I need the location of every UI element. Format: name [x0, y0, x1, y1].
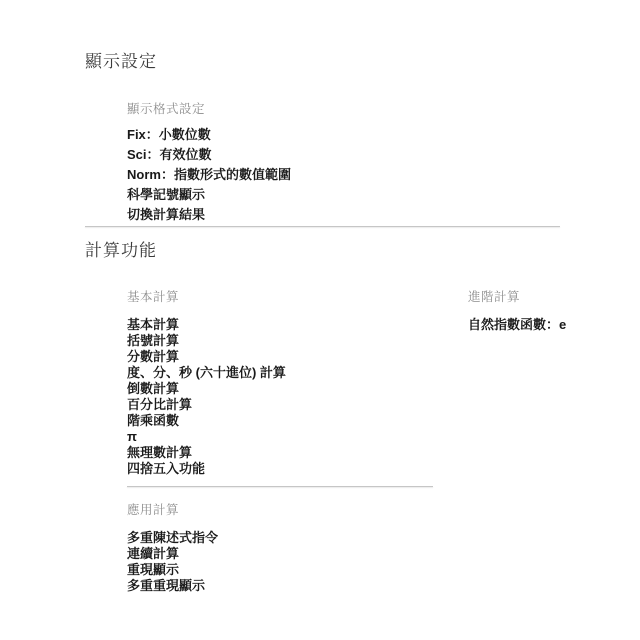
- feature-item: 百分比計算: [127, 397, 433, 413]
- feature-item: 科學記號顯示: [127, 185, 640, 205]
- feature-item: 倒數計算: [127, 381, 433, 397]
- column-basic-applied: 基本計算 基本計算 括號計算 分數計算 度、分、秒 (六十進位) 計算 倒數計算…: [127, 260, 433, 594]
- group-label-display-format: 顯示格式設定: [127, 103, 640, 116]
- feature-item: 自然指數函數：e: [468, 317, 566, 333]
- basic-calculation-list: 基本計算 括號計算 分數計算 度、分、秒 (六十進位) 計算 倒數計算 百分比計…: [127, 317, 433, 477]
- feature-item: 無理數計算: [127, 445, 433, 461]
- feature-item: 基本計算: [127, 317, 433, 333]
- feature-item: 多重重現顯示: [127, 578, 433, 594]
- section-title-calculation-functions: 計算功能: [85, 242, 640, 260]
- feature-item: 分數計算: [127, 349, 433, 365]
- feature-item: 連續計算: [127, 546, 433, 562]
- feature-item: 重現顯示: [127, 562, 433, 578]
- calculation-columns: 基本計算 基本計算 括號計算 分數計算 度、分、秒 (六十進位) 計算 倒數計算…: [127, 260, 640, 594]
- group-label-basic-calculation: 基本計算: [127, 291, 433, 304]
- section-title-display-settings: 顯示設定: [85, 0, 640, 71]
- feature-item: π: [127, 429, 433, 445]
- group-label-applied-calculation: 應用計算: [127, 504, 433, 517]
- manual-page: 顯示設定 顯示格式設定 Fix：小數位數 Sci：有效位數 Norm：指數形式的…: [0, 0, 640, 640]
- feature-item: 度、分、秒 (六十進位) 計算: [127, 365, 433, 381]
- display-settings-group: 顯示格式設定 Fix：小數位數 Sci：有效位數 Norm：指數形式的數值範圍 …: [127, 103, 640, 225]
- feature-item: Norm：指數形式的數值範圍: [127, 165, 640, 185]
- group-label-advanced-calculation: 進階計算: [468, 291, 566, 304]
- applied-calculation-list: 多重陳述式指令 連續計算 重現顯示 多重重現顯示: [127, 530, 433, 594]
- feature-item: 階乘函數: [127, 413, 433, 429]
- feature-item: 四捨五入功能: [127, 461, 433, 477]
- feature-item: 多重陳述式指令: [127, 530, 433, 546]
- column-advanced: 進階計算 自然指數函數：e: [468, 260, 566, 333]
- feature-item: 括號計算: [127, 333, 433, 349]
- section-divider: [85, 226, 560, 227]
- feature-item: 切換計算結果: [127, 205, 640, 225]
- advanced-calculation-list: 自然指數函數：e: [468, 317, 566, 333]
- display-settings-list: Fix：小數位數 Sci：有效位數 Norm：指數形式的數值範圍 科學記號顯示 …: [127, 125, 640, 225]
- subsection-divider: [127, 486, 433, 487]
- feature-item: Fix：小數位數: [127, 125, 640, 145]
- feature-item: Sci：有效位數: [127, 145, 640, 165]
